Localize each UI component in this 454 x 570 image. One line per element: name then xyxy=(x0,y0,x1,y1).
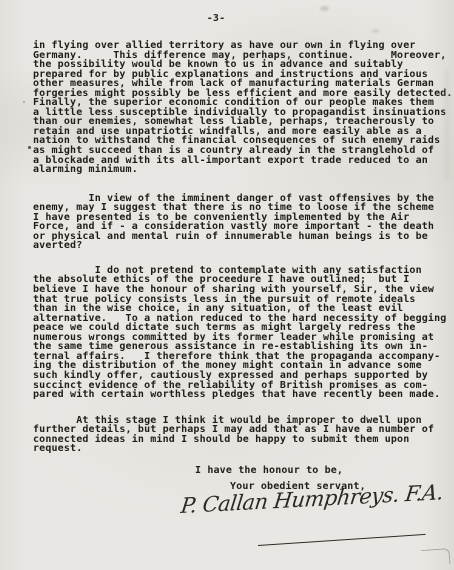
page-number: -3- xyxy=(0,14,432,24)
paragraph-2: In view of the imminent danger of vast o… xyxy=(33,194,453,251)
valediction-line-honour: I have the honour to be, xyxy=(195,466,453,476)
text-line: pared with certain worthless pledges tha… xyxy=(33,390,453,400)
scan-speck xyxy=(23,101,25,103)
text-line: averted? xyxy=(33,241,453,251)
paragraph-3: I do not pretend to contemplate with any… xyxy=(33,266,453,400)
text-line: alarming minimum. xyxy=(33,165,453,175)
text-line: or physical and mental ruin of innumerab… xyxy=(33,232,453,242)
scan-speck xyxy=(28,146,31,149)
letter-body: in flying over allied territory as have … xyxy=(33,41,453,492)
text-line: request. xyxy=(33,444,453,454)
scan-smudge xyxy=(372,29,379,33)
signature-flourish-underline xyxy=(258,534,426,546)
scan-streak xyxy=(445,70,449,180)
paragraph-1: in flying over allied territory as have … xyxy=(33,41,453,175)
paragraph-4: At this stage I think it would be improp… xyxy=(33,416,453,454)
scan-smudge xyxy=(320,6,329,11)
text-line: connected ideas in mind I should be happ… xyxy=(33,435,453,445)
scanned-letter-page: -3- in flying over allied territory as h… xyxy=(0,0,454,570)
pencil-corner-mark xyxy=(421,548,450,566)
